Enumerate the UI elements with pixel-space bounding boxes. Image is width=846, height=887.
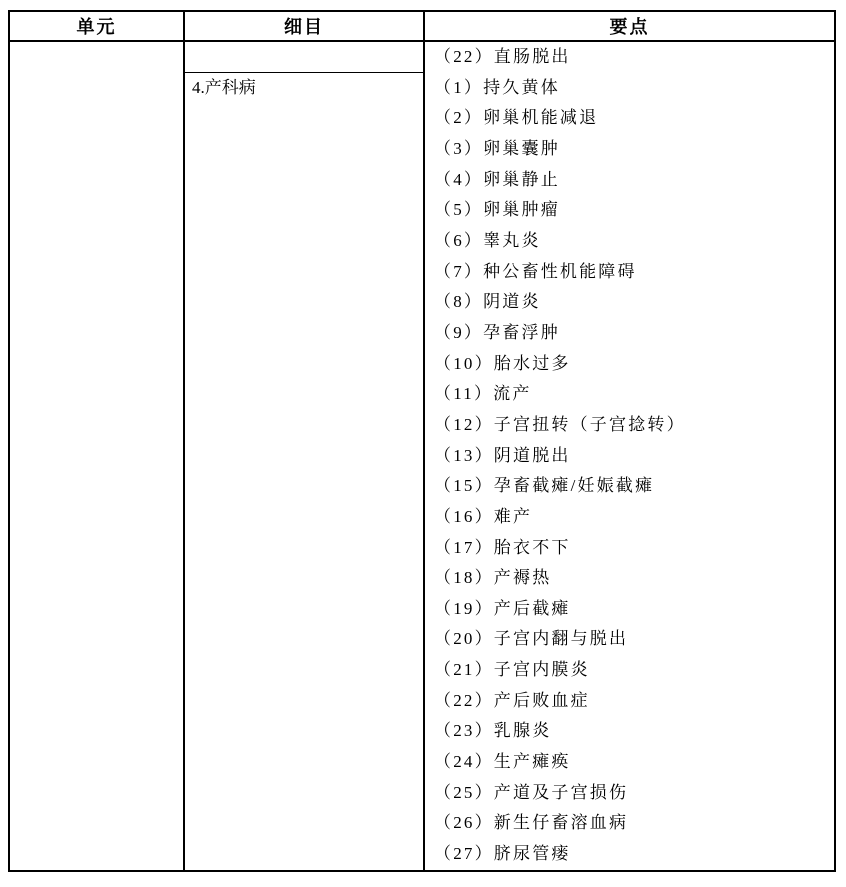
detail-cell: 4.产科病 xyxy=(185,73,423,870)
point-line: （19）产后截瘫 xyxy=(425,594,834,625)
point-line: （4）卵巢静止 xyxy=(425,165,834,196)
point-line: （1）持久黄体 xyxy=(425,73,834,104)
syllabus-table: 单元 细目 要点 4.产科病 （22）直肠脱出（1）持久黄体（2）卵巢机能减退（… xyxy=(8,10,836,872)
point-line: （16）难产 xyxy=(425,502,834,533)
point-line: （23）乳腺炎 xyxy=(425,716,834,747)
column-header-points: 要点 xyxy=(425,12,834,42)
detail-cell-empty xyxy=(185,42,423,73)
point-line: （13）阴道脱出 xyxy=(425,441,834,472)
point-line: （18）产褥热 xyxy=(425,563,834,594)
detail-column: 4.产科病 xyxy=(185,42,425,870)
unit-column xyxy=(10,42,185,870)
point-line: （20）子宫内翻与脱出 xyxy=(425,624,834,655)
point-line: （5）卵巢肿瘤 xyxy=(425,195,834,226)
point-line: （24）生产瘫痪 xyxy=(425,747,834,778)
point-line: （15）孕畜截瘫/妊娠截瘫 xyxy=(425,471,834,502)
column-header-detail: 细目 xyxy=(185,12,425,42)
point-line: （6）睾丸炎 xyxy=(425,226,834,257)
point-line: （2）卵巢机能减退 xyxy=(425,103,834,134)
point-line: （7）种公畜性机能障碍 xyxy=(425,257,834,288)
point-line: （27）脐尿管瘘 xyxy=(425,839,834,870)
point-line: （3）卵巢囊肿 xyxy=(425,134,834,165)
points-column: （22）直肠脱出（1）持久黄体（2）卵巢机能减退（3）卵巢囊肿（4）卵巢静止（5… xyxy=(425,42,834,870)
point-line: （22）直肠脱出 xyxy=(425,42,834,73)
point-line: （25）产道及子宫损伤 xyxy=(425,778,834,809)
column-header-unit: 单元 xyxy=(10,12,185,42)
point-line: （17）胎衣不下 xyxy=(425,533,834,564)
point-line: （8）阴道炎 xyxy=(425,287,834,318)
point-line: （12）子宫扭转（子宫捻转） xyxy=(425,410,834,441)
point-line: （21）子宫内膜炎 xyxy=(425,655,834,686)
point-line: （10）胎水过多 xyxy=(425,349,834,380)
point-line: （11）流产 xyxy=(425,379,834,410)
point-line: （9）孕畜浮肿 xyxy=(425,318,834,349)
point-line: （22）产后败血症 xyxy=(425,686,834,717)
point-line: （26）新生仔畜溶血病 xyxy=(425,808,834,839)
